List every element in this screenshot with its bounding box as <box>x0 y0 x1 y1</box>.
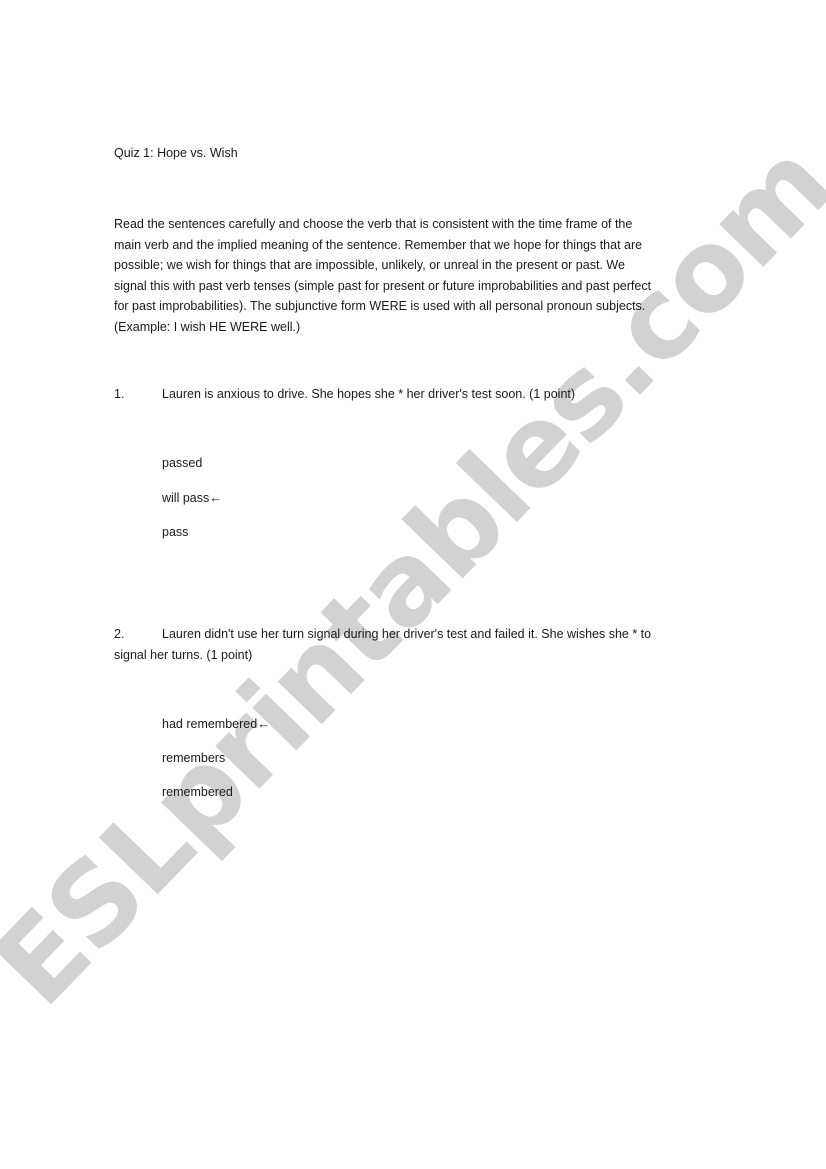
question-text: Lauren is anxious to drive. She hopes sh… <box>162 387 575 401</box>
answer-option[interactable]: remembered <box>162 785 233 799</box>
option-label: remembers <box>162 751 225 765</box>
left-arrow-icon: ← <box>257 716 270 731</box>
answer-option[interactable]: pass <box>162 525 188 539</box>
option-label: will pass <box>162 491 209 505</box>
instructions-line: possible; we wish for things that are im… <box>114 255 714 276</box>
quiz-title: Quiz 1: Hope vs. Wish <box>114 146 238 160</box>
instructions: Read the sentences carefully and choose … <box>114 214 714 338</box>
option-label: passed <box>162 456 202 470</box>
instructions-line: for past improbabilities). The subjuncti… <box>114 296 714 317</box>
question-number: 1. <box>114 387 124 401</box>
answer-option[interactable]: passed <box>162 456 202 470</box>
instructions-line: main verb and the implied meaning of the… <box>114 235 714 256</box>
instructions-line: (Example: I wish HE WERE well.) <box>114 317 714 338</box>
instructions-line: Read the sentences carefully and choose … <box>114 214 714 235</box>
answer-option-selected[interactable]: had remembered← <box>162 716 270 731</box>
question-number: 2. <box>114 627 124 641</box>
document-page: Quiz 1: Hope vs. Wish Read the sentences… <box>0 0 826 1169</box>
left-arrow-icon: ← <box>209 490 222 505</box>
question-text-continuation: signal her turns. (1 point) <box>114 648 252 662</box>
option-label: had remembered <box>162 717 257 731</box>
option-label: remembered <box>162 785 233 799</box>
instructions-line: signal this with past verb tenses (simpl… <box>114 276 714 297</box>
answer-option-selected[interactable]: will pass← <box>162 490 222 505</box>
option-label: pass <box>162 525 188 539</box>
answer-option[interactable]: remembers <box>162 751 225 765</box>
question-text: Lauren didn't use her turn signal during… <box>162 627 651 641</box>
